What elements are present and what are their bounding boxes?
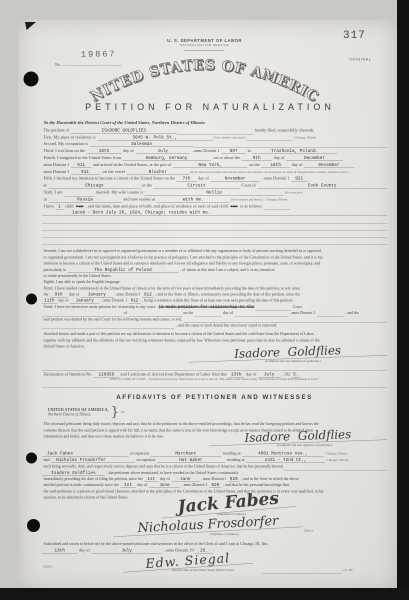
typed-entry: with me.: [157, 197, 230, 203]
printed-text: I have: [42, 203, 56, 208]
struck-text: (I made petition for citizenship to the: [157, 305, 255, 310]
typed-entry: The Republic of Poland: [68, 267, 179, 273]
printed-text: , and that he has personal knowledge tha…: [222, 483, 291, 488]
printed-text: The petition of: [42, 127, 71, 132]
typed-entry: 912: [129, 298, 141, 304]
typed-entry: Merchant: [150, 451, 221, 457]
fine-print: NOTE TO CLERK OF COURT.—If petitioner ar…: [109, 378, 320, 381]
fine-print: (Give number and street.): [230, 198, 264, 202]
form-row: Second. My occupation isSalesman: [42, 141, 387, 148]
typed-entry: Hamburg, Germany: [123, 155, 211, 161]
form-row: The petition ofISADORE GOLDFLIEShereby f…: [42, 127, 387, 134]
typed-entry: Jack Fabes: [42, 451, 129, 457]
typed-entry: Russia: [48, 197, 121, 203]
department-line: U. S. DEPARTMENT OF LABOR: [130, 38, 280, 43]
printed-text: , anno Domini 1: [260, 176, 291, 181]
printed-text: , anno Domini 1: [190, 148, 221, 153]
ruled-blank-line: [42, 231, 387, 238]
ruled-blank-line: [262, 568, 341, 573]
typed-entry: 18th: [261, 162, 290, 168]
printed-text: on the: [182, 311, 195, 316]
typed-entry: 3645 W. Polk St.,: [97, 135, 212, 141]
form-row: , and the cause of such denial has since…: [42, 323, 387, 329]
printed-text: Third. I was born on the: [42, 148, 87, 153]
ruled-blank-line: [194, 141, 387, 148]
typed-entry: Jacob - Born July 20, 1924, Chicago; res…: [42, 210, 387, 216]
printed-text: , anno Domini 1: [180, 483, 209, 488]
typed-entry: Isadore Goldflies: [42, 470, 105, 476]
ruled-blank-line: [42, 224, 387, 231]
printed-text: First. My place of residence is: [42, 134, 97, 139]
form-row: Jack Fabes: [42, 490, 387, 512]
printed-text: occupation: [135, 457, 157, 462]
printed-text: Subscribed and sworn to before me by the…: [42, 541, 269, 546]
typed-entry: 1st: [144, 476, 158, 482]
ruled-blank-line: [246, 134, 292, 141]
typed-entry: 1st: [120, 483, 136, 489]
ss-label: ss:: [121, 410, 125, 414]
printed-text: each being severally, duly, and respecti…: [42, 464, 285, 469]
printed-text: intention to become a citizen of the Uni…: [42, 261, 322, 266]
venue-block: UNITED STATES OF AMERICA, Northern Distr…: [48, 404, 178, 421]
ruled-blank-line: [42, 238, 387, 245]
form-row: [SEAL.]Edw. Siegal: [42, 551, 387, 568]
form-row: Deputy Clerk of the United States Distri…: [42, 568, 387, 573]
typed-entry: 911: [71, 169, 99, 175]
printed-text: day of: [57, 298, 70, 303]
typed-entry: Nicholas Frosdorfer: [51, 458, 135, 464]
typed-entry: Circuit: [153, 183, 239, 189]
printed-text: said petition was denied by the said Cou…: [42, 317, 184, 322]
right-note: Chicago, Illinois: [264, 198, 289, 202]
form-row: To the Honorable the District Court of t…: [42, 120, 387, 127]
typed-entry: 4001 Montrose Ave.,: [242, 451, 324, 457]
printed-text: on the: [248, 162, 262, 167]
printed-text: , and the: [344, 311, 361, 316]
header-rule: [185, 51, 225, 52]
typed-entry: 9th: [241, 155, 272, 161]
document-scan: U. S. DEPARTMENT OF LABOR NATURALIZATION…: [0, 0, 409, 600]
printed-text: , being a residence within this State of…: [140, 298, 295, 303]
punch-hole: [24, 72, 39, 87]
ruled-blank-line: [264, 203, 290, 210]
typed-entry: 920: [228, 476, 239, 482]
printed-text: day of: [68, 292, 81, 297]
typed-entry: 912: [142, 292, 154, 298]
typed-entry: 7th: [177, 176, 197, 182]
struck-text: ren: [229, 204, 238, 209]
printed-text: to organized government. I am not a poly…: [42, 255, 324, 260]
printed-text: day of: [244, 371, 258, 376]
form-row: Sixth. I ammarried. My wife’s name isNel…: [42, 189, 387, 196]
printed-text: child: [63, 203, 75, 208]
typed-entry: July: [135, 149, 190, 155]
printed-text: Eighth. I am able to speak the English l…: [42, 280, 122, 285]
typed-entry: Cook County: [257, 183, 387, 189]
typed-entry: 18th: [87, 149, 122, 155]
printed-text: , anno Domini 1: [100, 298, 129, 303]
printed-text: Sixth. I am: [42, 189, 64, 194]
typed-entry: July: [258, 372, 280, 378]
form-row: atChicagoin theCircuitCourt ofCook Count…: [42, 183, 387, 190]
form-row: [42, 224, 387, 231]
form-row: [42, 384, 387, 388]
form-row: Nicholaus Frosdorfer(Seal.): [42, 515, 387, 532]
typed-entry: January: [70, 298, 100, 304]
printed-text: Fifth. I declared my intention to become…: [42, 176, 177, 181]
affidavit-section: The aforesaid petitioner being duly swor…: [42, 422, 387, 574]
printed-text: and: [42, 457, 51, 462]
typed-entry: ISADORE GOLDFLIES: [71, 128, 178, 134]
typed-entry: 1: [56, 204, 64, 210]
printed-text: to reside permanently in the United Stat…: [42, 273, 113, 278]
form-row: Fourth. I emigrated to the United States…: [42, 155, 387, 162]
punch-hole: [27, 519, 40, 532]
ruled-blank-line: [42, 366, 387, 370]
form-body: To the Honorable the District Court of t…: [42, 120, 387, 573]
form-row: inRussiaand now resides atwith me.(Give …: [42, 196, 387, 203]
printed-text: day of: [272, 155, 286, 160]
printed-text: married. My wife’s name is: [94, 189, 144, 194]
arc-title: UNITED STATES OF AMERICA: [79, 52, 321, 106]
typed-entry: Chicago: [48, 183, 141, 189]
typed-entry: December: [286, 155, 343, 161]
printed-text: in the: [141, 183, 154, 188]
fine-print: (Give number and street.): [213, 136, 247, 140]
printed-text: residing at: [225, 457, 246, 462]
printed-text: , anno Domini 1: [113, 292, 142, 297]
typed-entry: 11th: [42, 298, 57, 304]
printed-text: , on or about the: [210, 155, 241, 160]
typed-entry: Salesman: [90, 142, 194, 148]
punch-hole: [26, 294, 37, 305]
typed-entry: 2431 - 72nd Ct.,: [246, 458, 325, 464]
printed-text: day of: [158, 476, 171, 481]
form-row: [42, 217, 387, 224]
struck-text: ren: [75, 204, 84, 209]
form-row: [42, 366, 387, 370]
form-row: Fifth. I declared my intention to become…: [42, 176, 387, 183]
brace-glyph: }: [111, 406, 119, 419]
form-row: anno Domini 1911and arrived in the Unite…: [42, 162, 387, 169]
typed-entry: 897: [221, 149, 246, 155]
printed-text: day of: [221, 311, 234, 316]
typed-entry: June: [149, 483, 180, 489]
printed-text: , and the cause of such denial has since…: [174, 323, 278, 328]
typed-entry: Blucher: [127, 169, 190, 175]
printed-text: hereby filed, respectfully showeth:: [253, 127, 316, 132]
printed-text: , anno Domini 1: [199, 476, 228, 481]
form-row: Isadore Goldflies: [42, 424, 387, 443]
form-row: Jack FabesoccupationMerchantresiding at4…: [42, 450, 387, 457]
fine-print: [SEAL.]: [42, 565, 54, 569]
printed-text: particularly to: [42, 267, 68, 272]
ruled-blank-line: [42, 384, 387, 388]
no-label: No.: [55, 63, 61, 68]
ruled-blank-line: [177, 127, 253, 134]
typed-entry: Nellie: [145, 190, 284, 196]
form-row: I have1children, and the name, date and …: [42, 203, 387, 210]
printed-text: and now resides at: [122, 196, 157, 201]
scan-edge-bottom: [0, 588, 409, 600]
punch-hole: [26, 453, 37, 464]
printed-text: and arrived in the United States, at the…: [92, 162, 174, 167]
printed-text: day of: [196, 176, 210, 181]
form-row: Isadore Goldflies: [42, 342, 387, 359]
printed-text: Second. My occupation is: [42, 141, 90, 146]
affidavits-heading: AFFIDAVITS OF PETITIONER AND WITNESSES: [42, 394, 387, 401]
printed-text: day of: [121, 148, 135, 153]
typed-entry: 921: [291, 176, 308, 182]
printed-text: , on the vessel: [99, 169, 126, 174]
printed-text: , 192: [280, 371, 292, 376]
ruled-blank-line: [42, 217, 387, 224]
typed-entry: New York,: [173, 162, 248, 168]
printed-text: Seventh. I am not a disbeliever in or op…: [42, 249, 322, 254]
printed-text: immediately preceding the date of filing…: [42, 476, 144, 481]
bureau-line: NATURALIZATION SERVICE: [130, 44, 280, 47]
right-note: Chicago, Illinois: [324, 452, 349, 456]
printed-text: day of: [290, 162, 304, 167]
svg-text:UNITED STATES OF AMERICA: UNITED STATES OF AMERICA: [79, 52, 321, 106]
scan-surface: U. S. DEPARTMENT OF LABOR NATURALIZATION…: [0, 0, 409, 600]
printed-text: anno Domini 1: [42, 162, 71, 167]
right-note: (Seal.): [303, 529, 387, 533]
printed-text: Court: [291, 304, 303, 309]
typed-entry: January: [81, 292, 113, 298]
typed-entry: November: [210, 176, 260, 182]
printed-text: , and in the State of Illinois, continuo…: [154, 292, 302, 297]
venue-lines: UNITED STATES OF AMERICA, Northern Distr…: [48, 408, 109, 417]
printed-text: is as follows:: [239, 203, 265, 208]
form-row: anno Domini 1911, on the vesselBlucher(I…: [42, 169, 387, 176]
printed-text: Tenth. I have not heretofore made petiti…: [42, 304, 157, 309]
typed-entry: 13th: [228, 372, 244, 378]
printed-text: day of: [136, 483, 149, 488]
ruled-blank-line: [64, 189, 94, 196]
form-row: andNicholas FrosdorferoccupationHat make…: [42, 457, 387, 464]
page-number: 317: [343, 29, 366, 42]
right-note: Chicago, Illinois: [293, 136, 318, 140]
typed-entry: 920: [209, 483, 221, 489]
printed-text: Ninth. I have resided continuously in th…: [42, 286, 302, 291]
form-row: Declaration of Intention No.126959and Ce…: [42, 371, 387, 378]
printed-text: Court of: [240, 183, 257, 188]
form-row: [42, 231, 387, 238]
printed-text: Fourth. I emigrated to the United States…: [42, 155, 123, 160]
printed-text: entitled petition is made continuously s…: [42, 483, 120, 488]
form-row: Third. I was born on the18thday ofJuly, …: [42, 148, 387, 155]
right-note: 14—86: [342, 568, 355, 572]
original-label: ORIGINAL: [349, 57, 371, 62]
fine-print: (If the alien arrived otherwise than by …: [189, 170, 350, 174]
printed-text: , the petitioner above mentioned, to hav…: [105, 470, 240, 475]
venue-district: Northern District of Illinois,: [48, 412, 109, 417]
fine-print: (She was born: [284, 191, 304, 195]
typed-entry: Hat maker: [157, 458, 225, 464]
printed-text: , anno Domini 1: [288, 311, 317, 316]
printed-text: , of whom at this time I am a subject, a…: [179, 267, 276, 272]
printed-text: the: [42, 292, 50, 297]
form-row: First. My place of residence is3645 W. P…: [42, 134, 387, 141]
printed-text: occupation: [129, 450, 151, 455]
typed-entry: 911: [71, 162, 92, 168]
right-note: Chicago, Illinois: [325, 459, 350, 463]
printed-text: , and in the State in which the above: [239, 476, 300, 481]
typed-entry: 5.: [292, 372, 300, 378]
typed-entry: 126959: [94, 372, 119, 378]
scan-edge-right: [397, 0, 409, 600]
printed-text: anno Domini 1: [42, 169, 71, 174]
printed-text: residing at: [221, 450, 242, 455]
printed-text: To the Honorable the District Court of t…: [42, 120, 207, 125]
typed-entry: June: [171, 476, 199, 482]
typed-entry: 9th: [50, 292, 68, 298]
ruled-blank-line: [42, 323, 174, 329]
typed-entry: Trashovia, Poland.: [252, 149, 337, 155]
form-row: [42, 238, 387, 245]
printed-text: and Certificate of Arrival from Departme…: [119, 371, 228, 376]
printed-text: , and the name, date and place of birth,…: [84, 203, 229, 208]
printed-text: Attached hereto and made a part of this …: [42, 332, 316, 337]
printed-text: Declaration of Intention No.: [42, 371, 94, 376]
typed-entry: December: [304, 162, 354, 168]
form-row: Jacob - Born July 20, 1924, Chicago; res…: [42, 210, 387, 217]
ruled-blank-line: [285, 464, 387, 470]
petition-section: To the Honorable the District Court of t…: [42, 120, 387, 388]
form-title: PETITION FOR NATURALIZATION: [45, 102, 375, 113]
form-row: (Signature of witness.): [42, 532, 387, 537]
